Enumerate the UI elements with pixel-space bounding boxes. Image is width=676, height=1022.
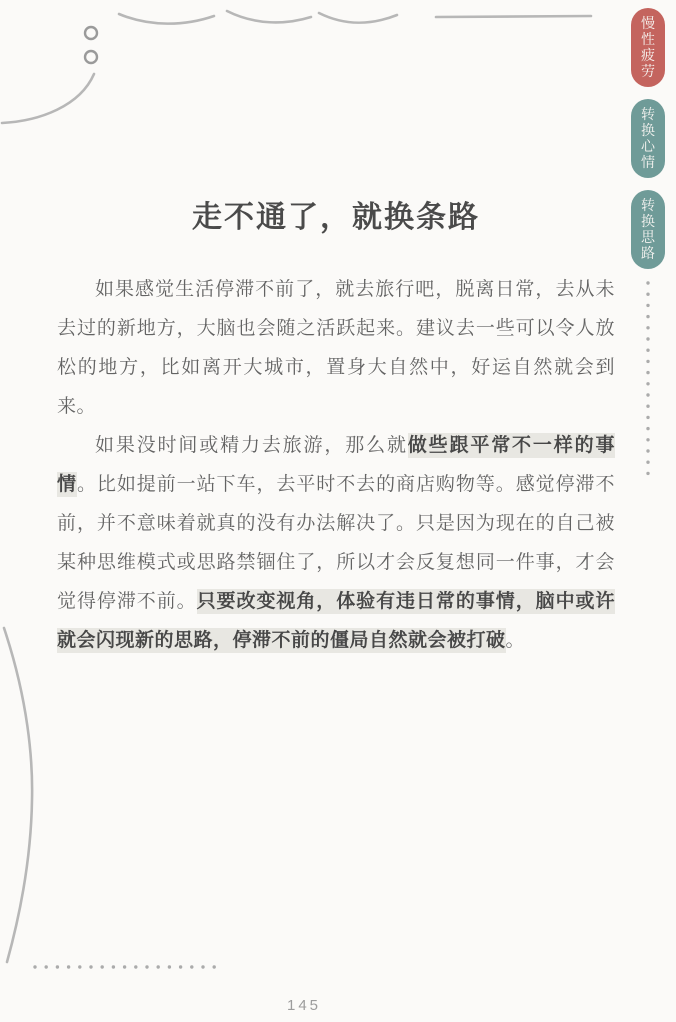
side-tab-index: 慢性疲劳 转换心情 转换思路 — [631, 8, 665, 269]
corner-ring-2 — [85, 51, 97, 63]
tab-label-char: 转 — [641, 198, 655, 213]
side-tab-change-thinking: 转换思路 — [631, 190, 665, 269]
page-title: 走不通了，就换条路 — [57, 192, 615, 236]
tab-label-char: 疲 — [641, 48, 655, 63]
body-text-segment: 。 — [506, 630, 526, 651]
tab-label-char: 心 — [641, 139, 655, 154]
bottom-dotted-line — [33, 965, 216, 968]
tab-label-char: 劳 — [641, 64, 655, 79]
paragraph: 如果感觉生活停滞不前了，就去旅行吧，脱离日常，去从未去过的新地方，大脑也会随之活… — [57, 270, 615, 426]
body-text-segment: 如果没时间或精力去旅游，那么就 — [95, 435, 408, 456]
page-content: 走不通了，就换条路 如果感觉生活停滞不前了，就去旅行吧，脱离日常，去从未去过的新… — [57, 192, 615, 660]
tab-label-char: 换 — [641, 123, 655, 138]
body-text-segment: 如果感觉生活停滞不前了，就去旅行吧，脱离日常，去从未去过的新地方，大脑也会随之活… — [57, 279, 615, 417]
tab-label-char: 思 — [641, 230, 655, 245]
side-tab-chronic-fatigue: 慢性疲劳 — [631, 8, 665, 87]
left-curve-bottom — [4, 628, 32, 962]
tab-label-char: 路 — [641, 246, 655, 261]
body-text: 如果感觉生活停滞不前了，就去旅行吧，脱离日常，去从未去过的新地方，大脑也会随之活… — [57, 270, 615, 660]
book-page: 慢性疲劳 转换心情 转换思路 走不通了，就换条路 如果感觉生活停滞不前了，就去旅… — [0, 0, 676, 1022]
corner-ring-1 — [85, 27, 97, 39]
tab-label-char: 性 — [641, 32, 655, 47]
top-scallop-arc-1 — [119, 14, 214, 24]
top-scallop-arc-2 — [227, 11, 311, 22]
side-tab-change-mood: 转换心情 — [631, 99, 665, 178]
tab-label-char: 换 — [641, 214, 655, 229]
left-curve-top — [2, 74, 94, 123]
right-dotted-line — [646, 281, 649, 475]
page-number: 145 — [0, 997, 608, 1014]
top-scallop-arc-3 — [319, 13, 397, 23]
paragraph: 如果没时间或精力去旅游，那么就做些跟平常不一样的事情。比如提前一站下车，去平时不… — [57, 426, 615, 660]
top-rule-line — [436, 16, 591, 17]
tab-label-char: 情 — [641, 155, 655, 170]
tab-label-char: 转 — [641, 107, 655, 122]
tab-label-char: 慢 — [641, 16, 655, 31]
